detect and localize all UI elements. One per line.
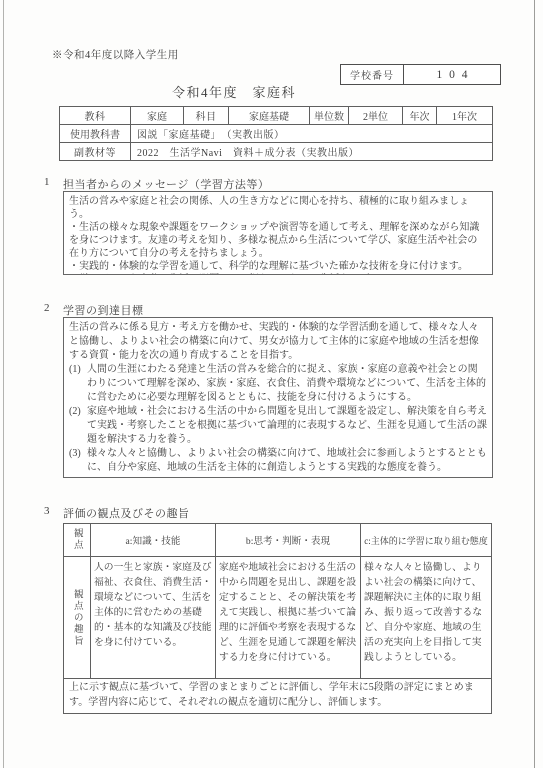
goal-text: 家庭や地域・社会における生活の中から問題を見出して課題を設定し、解決策を自ら考え… (87, 405, 487, 447)
table-row: 観点の趣旨 人の一生と家族・家庭及び福祉、衣食住、消費生活・環境などについて、生… (64, 557, 492, 679)
message-line: ・実践的・体験的な学習を通して、科学的な理解に基づいた確かな技術を身に付けます。 (69, 260, 487, 273)
column-a-body: 人の一生と家族・家庭及び福祉、衣食住、消費生活・環境などについて、生活を主体的に… (91, 557, 216, 679)
table-row: 副教材等 2022 生活学Navi 資料＋成分表（実教出版） (60, 143, 493, 161)
table-row: 観点 a:知識・技能 b:思考・判断・表現 c:主体的に学習に取り組む態度 (64, 524, 492, 557)
subject-label: 教科 (60, 107, 131, 125)
section1-number: 1 (44, 176, 63, 192)
course-value: 家庭基礎 (229, 107, 310, 125)
goal-text: 人間の生涯にわたる発達と生活の営みを総合的に捉え、家族・家庭の意義や社会との関わ… (87, 363, 487, 405)
section3-number: 3 (44, 505, 63, 521)
goal-item: (2) 家庭や地域・社会における生活の中から問題を見出して課題を設定し、解決策を… (69, 405, 487, 447)
teacher-message-box: 生活の営みや家庭と社会の関係、人の生き方などに関心を持ち、積極的に取り組みましょ… (63, 191, 493, 275)
year-label: 年次 (403, 107, 437, 125)
goal-item: (1) 人間の生涯にわたる発達と生活の営みを総合的に捉え、家族・家庭の意義や社会… (69, 363, 487, 405)
table-row: 使用教科書 図説「家庭基礎」 （実教出版） (60, 125, 493, 143)
message-line: ・生活の様々な現象や課題をワークショップや演習等を通して考え、理解を深めながら知… (69, 221, 487, 260)
page-edge-left (3, 0, 4, 768)
goal-item: (3) 様々な人々と協働し、よりよい社会の構築に向けて、地域社会に参画しようとす… (69, 447, 487, 475)
section3-title: 評価の観点及びその趣旨 (63, 505, 190, 521)
evaluation-footer-note: 上に示す観点に基づいて、学習のまとまりごとに評価し、学年末に5段階の評定にまとめ… (64, 679, 492, 714)
credits-value: 2単位 (349, 107, 403, 125)
column-b-body: 家庭や地域社会における生活の中から問題を見出し、課題を設定することと、その解決策… (216, 557, 361, 679)
section1-title: 担当者からのメッセージ（学習方法等） (63, 176, 269, 192)
section2-title: 学習の到達目標 (63, 302, 144, 318)
section1-heading: 1 担当者からのメッセージ（学習方法等） (44, 176, 269, 192)
document-page: ※令和4年度以降入学生用 学校番号 104 令和4年度 家庭科 教科 家庭 科目… (0, 0, 543, 768)
page-edge-right (534, 0, 535, 768)
table-row: 教科 家庭 科目 家庭基礎 単位数 2単位 年次 1年次 (60, 107, 493, 125)
year-value: 1年次 (437, 107, 493, 125)
goals-intro: 生活の営みに係る見方・考え方を働かせ、実践的・体験的な学習活動を通して、様々な人… (69, 321, 487, 363)
viewpoint-corner-label: 観点 (72, 528, 82, 551)
course-info-table: 教科 家庭 科目 家庭基礎 単位数 2単位 年次 1年次 使用教科書 図説「家庭… (59, 106, 493, 161)
goal-number: (1) (69, 363, 87, 405)
supplement-value: 2022 生活学Navi 資料＋成分表（実教出版） (131, 143, 493, 161)
textbook-value: 図説「家庭基礎」 （実教出版） (131, 125, 493, 143)
enrollment-note: ※令和4年度以降入学生用 (52, 47, 179, 62)
column-a-header: a:知識・技能 (91, 524, 216, 557)
section2-heading: 2 学習の到達目標 (44, 302, 144, 318)
evaluation-table: 観点 a:知識・技能 b:思考・判断・表現 c:主体的に学習に取り組む態度 観点… (63, 523, 492, 714)
textbook-label: 使用教科書 (60, 125, 131, 143)
column-c-body: 様々な人々と協働し、よりよい社会の構築に向けて、課題解決に主体的に取り組み、振り… (361, 557, 492, 679)
viewpoint-row-label: 観点の趣旨 (72, 589, 82, 647)
goal-number: (3) (69, 447, 87, 475)
page-title: 令和4年度 家庭科 (0, 82, 468, 101)
course-label: 科目 (184, 107, 229, 125)
goal-text: 様々な人々と協働し、よりよい社会の構築に向けて、地域社会に参画しようとするととも… (87, 447, 487, 475)
column-c-header: c:主体的に学習に取り組む態度 (361, 524, 492, 557)
supplement-label: 副教材等 (60, 143, 131, 161)
subject-value: 家庭 (131, 107, 184, 125)
table-row: 上に示す観点に基づいて、学習のまとまりごとに評価し、学年末に5段階の評定にまとめ… (64, 679, 492, 714)
goal-number: (2) (69, 405, 87, 447)
column-b-header: b:思考・判断・表現 (216, 524, 361, 557)
section2-number: 2 (44, 302, 63, 318)
section3-heading: 3 評価の観点及びその趣旨 (44, 505, 190, 521)
viewpoint-row-label-cell: 観点の趣旨 (64, 557, 91, 679)
message-line: 生活の営みや家庭と社会の関係、人の生き方などに関心を持ち、積極的に取り組みましょ… (69, 195, 487, 221)
learning-goals-box: 生活の営みに係る見方・考え方を働かせ、実践的・体験的な学習活動を通して、様々な人… (63, 317, 493, 478)
viewpoint-corner-cell: 観点 (64, 524, 91, 557)
message-line: ・学んだことを自分の生活の問題として捉え、よりよい生活をめざします。 (69, 273, 487, 275)
credits-label: 単位数 (310, 107, 349, 125)
